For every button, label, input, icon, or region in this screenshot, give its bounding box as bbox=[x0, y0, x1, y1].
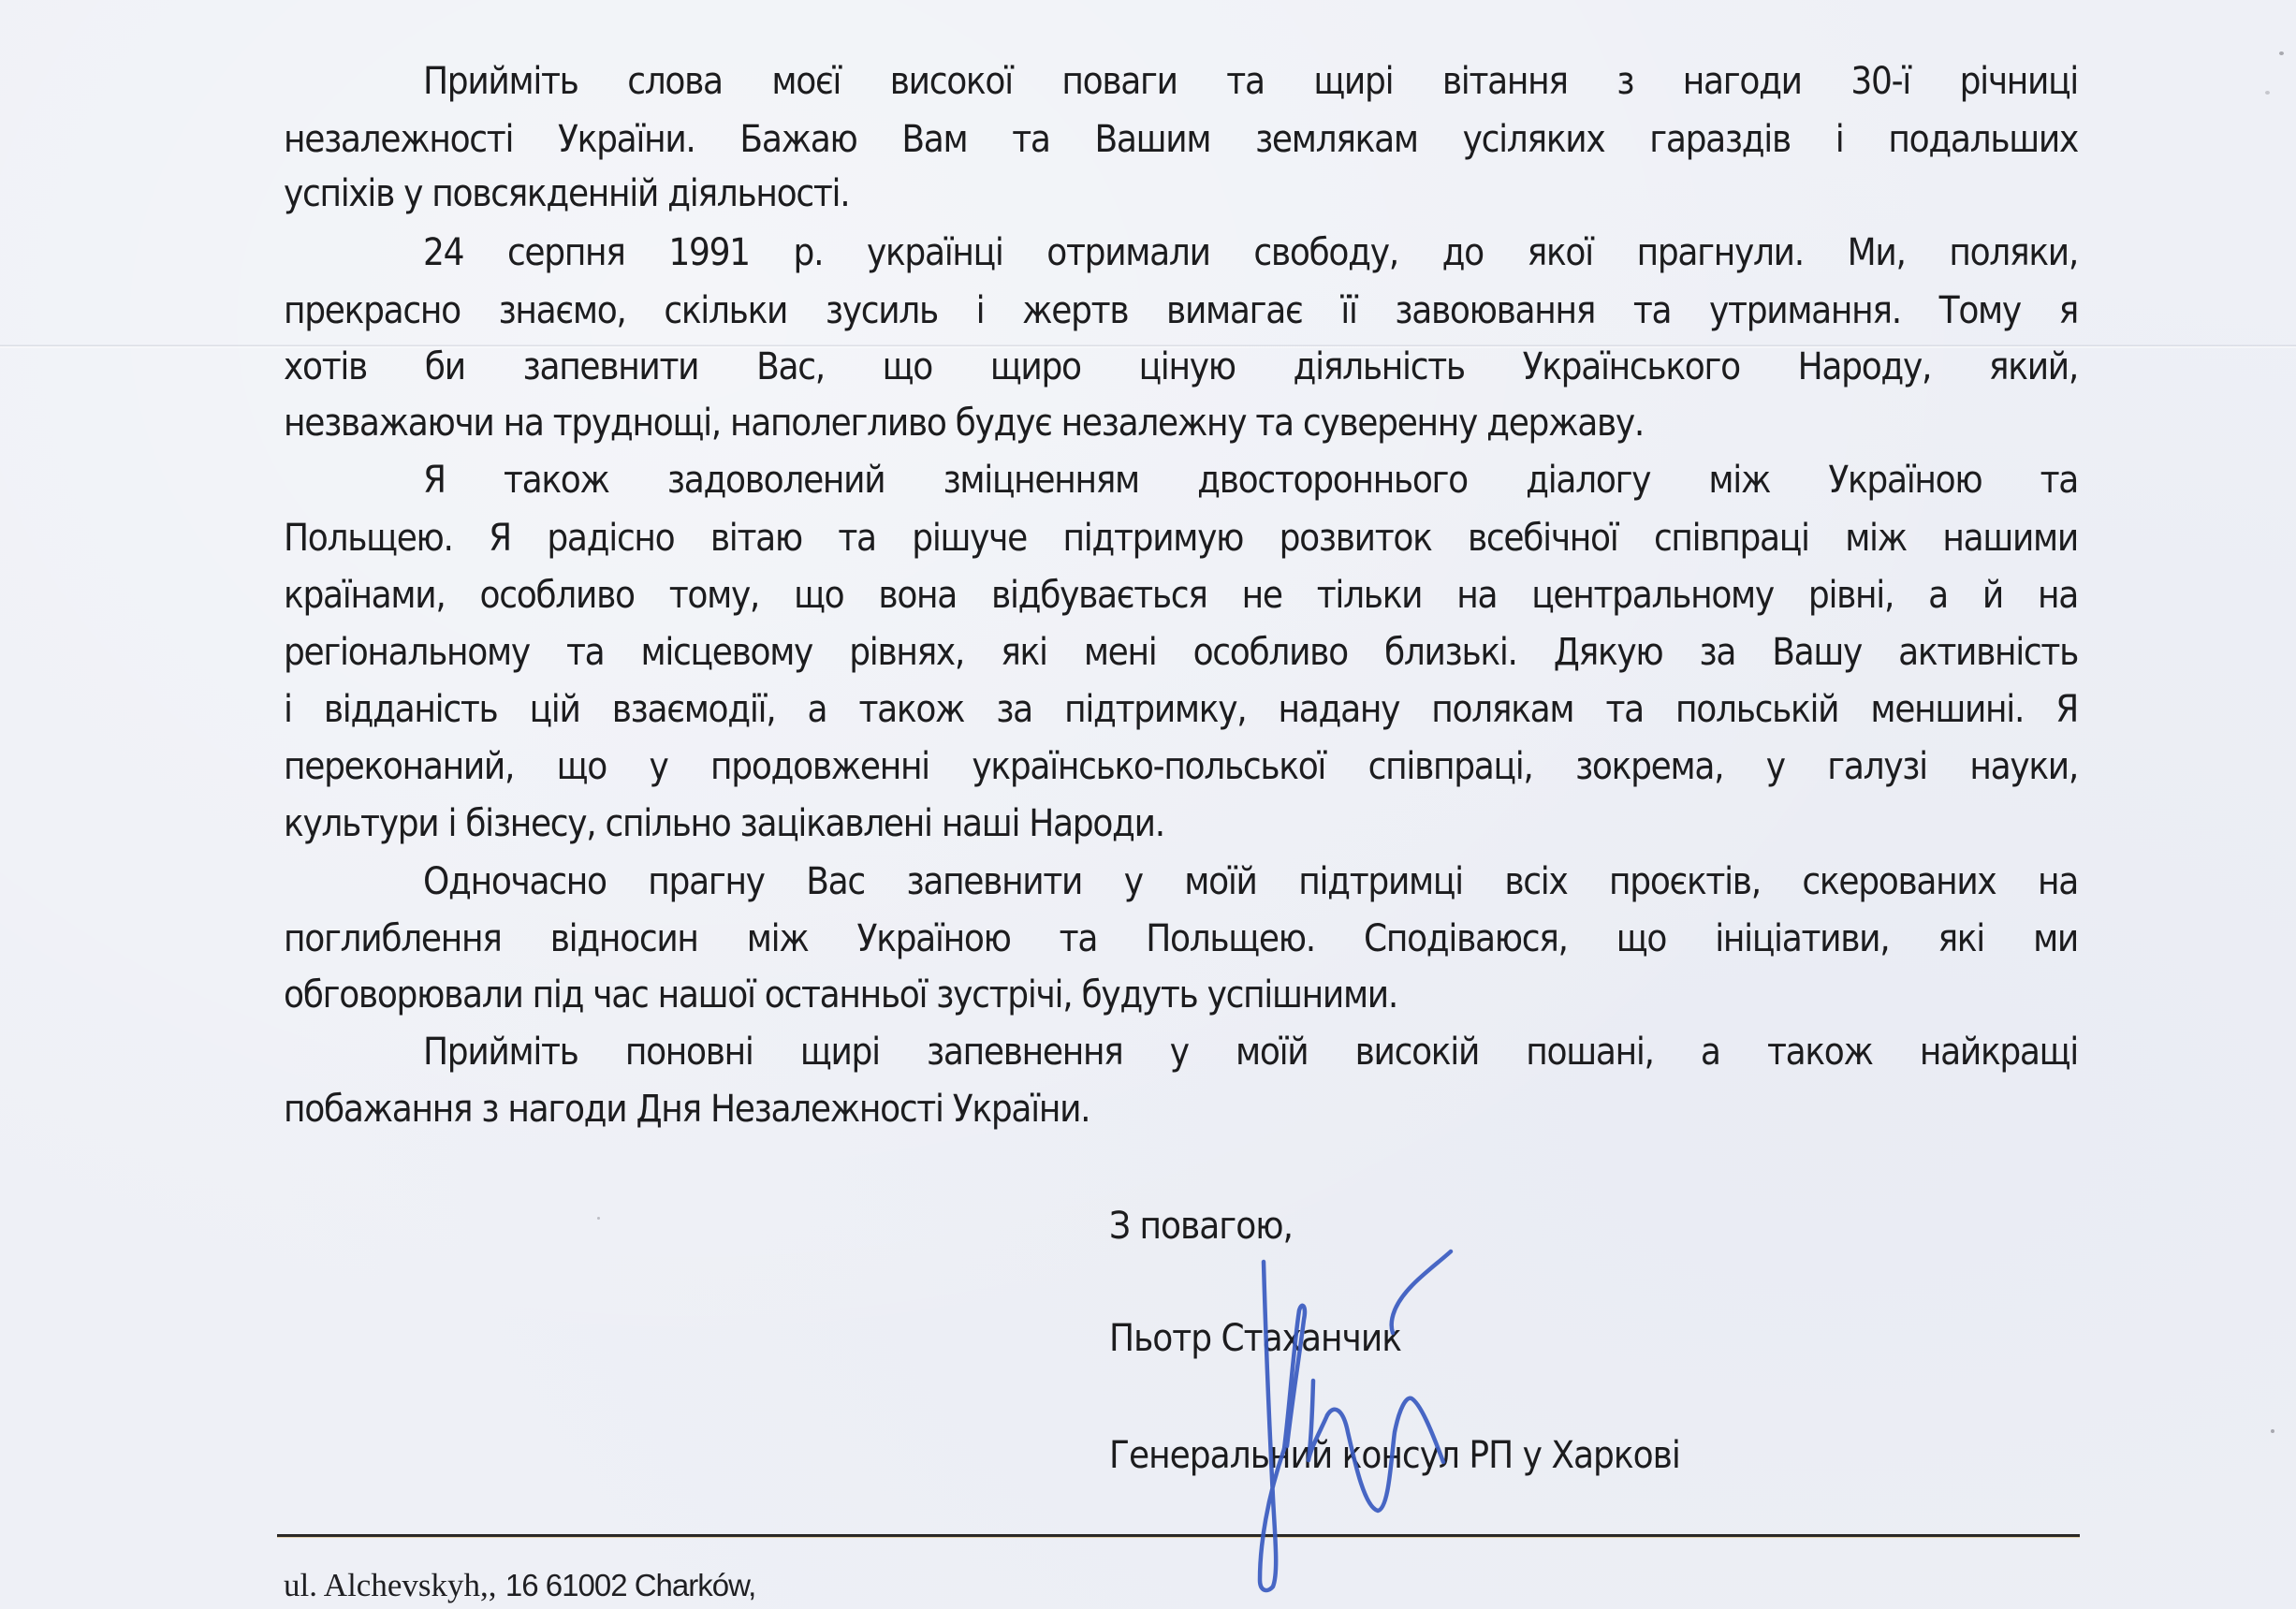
paragraph-1-line-1: Прийміть слова моєї високої поваги та щи… bbox=[423, 63, 2078, 100]
footer-address: ul. Alchevskyh,, 16 61002 Charków, bbox=[284, 1569, 755, 1602]
paper-speck bbox=[2279, 51, 2284, 55]
paragraph-1-line-3: успіхів у повсякденній діяльності. bbox=[284, 175, 2078, 212]
paragraph-4-line-2: поглиблення відносин між Україною та Пол… bbox=[284, 920, 2078, 958]
paragraph-1-line-2: незалежності України. Бажаю Вам та Вашим… bbox=[284, 121, 2078, 158]
paragraph-4-line-3: обговорювали під час нашої останньої зус… bbox=[284, 976, 2078, 1014]
paragraph-2-line-3: хотів би запевнити Вас, що щиро ціную ді… bbox=[284, 348, 2078, 386]
paragraph-2-line-1: 24 серпня 1991 р. українці отримали своб… bbox=[423, 234, 2078, 271]
signatory-title: Генеральний консул РП у Харкові bbox=[1109, 1437, 1680, 1474]
paragraph-3-line-7: культури і бізнесу, спільно зацікавлені … bbox=[284, 805, 2078, 842]
paragraph-2-line-4: незважаючи на труднощі, наполегливо буду… bbox=[284, 404, 2078, 442]
paper-speck bbox=[597, 1217, 600, 1220]
address-street: ul. Alchevskyh,, bbox=[284, 1567, 496, 1603]
paragraph-3-line-3: країнами, особливо тому, що вона відбува… bbox=[284, 577, 2078, 614]
paragraph-3-line-4: регіональному та місцевому рівнях, які м… bbox=[284, 634, 2078, 671]
paragraph-4-line-1: Одночасно прагну Вас запевнити у моїй пі… bbox=[423, 863, 2078, 900]
paper-speck bbox=[2265, 91, 2270, 95]
letter-page: Прийміть слова моєї високої поваги та щи… bbox=[0, 0, 2296, 1609]
closing-salutation: З повагою, bbox=[1109, 1207, 1293, 1245]
paragraph-2-line-2: прекрасно знаємо, скільки зусиль і жертв… bbox=[284, 292, 2078, 329]
paragraph-3-line-2: Польщею. Я радісно вітаю та рішуче підтр… bbox=[284, 519, 2078, 557]
paragraph-3-line-1: Я також задоволений зміцненням двосторон… bbox=[423, 461, 2078, 499]
address-postal-city: 16 61002 Charków, bbox=[505, 1568, 755, 1602]
signatory-name: Пьотр Стаханчик bbox=[1109, 1320, 1401, 1357]
paragraph-3-line-5: і відданість цій взаємодії, а також за п… bbox=[284, 691, 2078, 728]
paragraph-5-line-2: побажання з нагоди Дня Незалежності Укра… bbox=[284, 1090, 2078, 1128]
paragraph-5-line-1: Прийміть поновні щирі запевнення у моїй … bbox=[423, 1033, 2078, 1071]
footer-divider bbox=[277, 1534, 2080, 1537]
paragraph-3-line-6: переконаний, що у продовженні українсько… bbox=[284, 748, 2078, 785]
paper-speck bbox=[2271, 1429, 2274, 1433]
